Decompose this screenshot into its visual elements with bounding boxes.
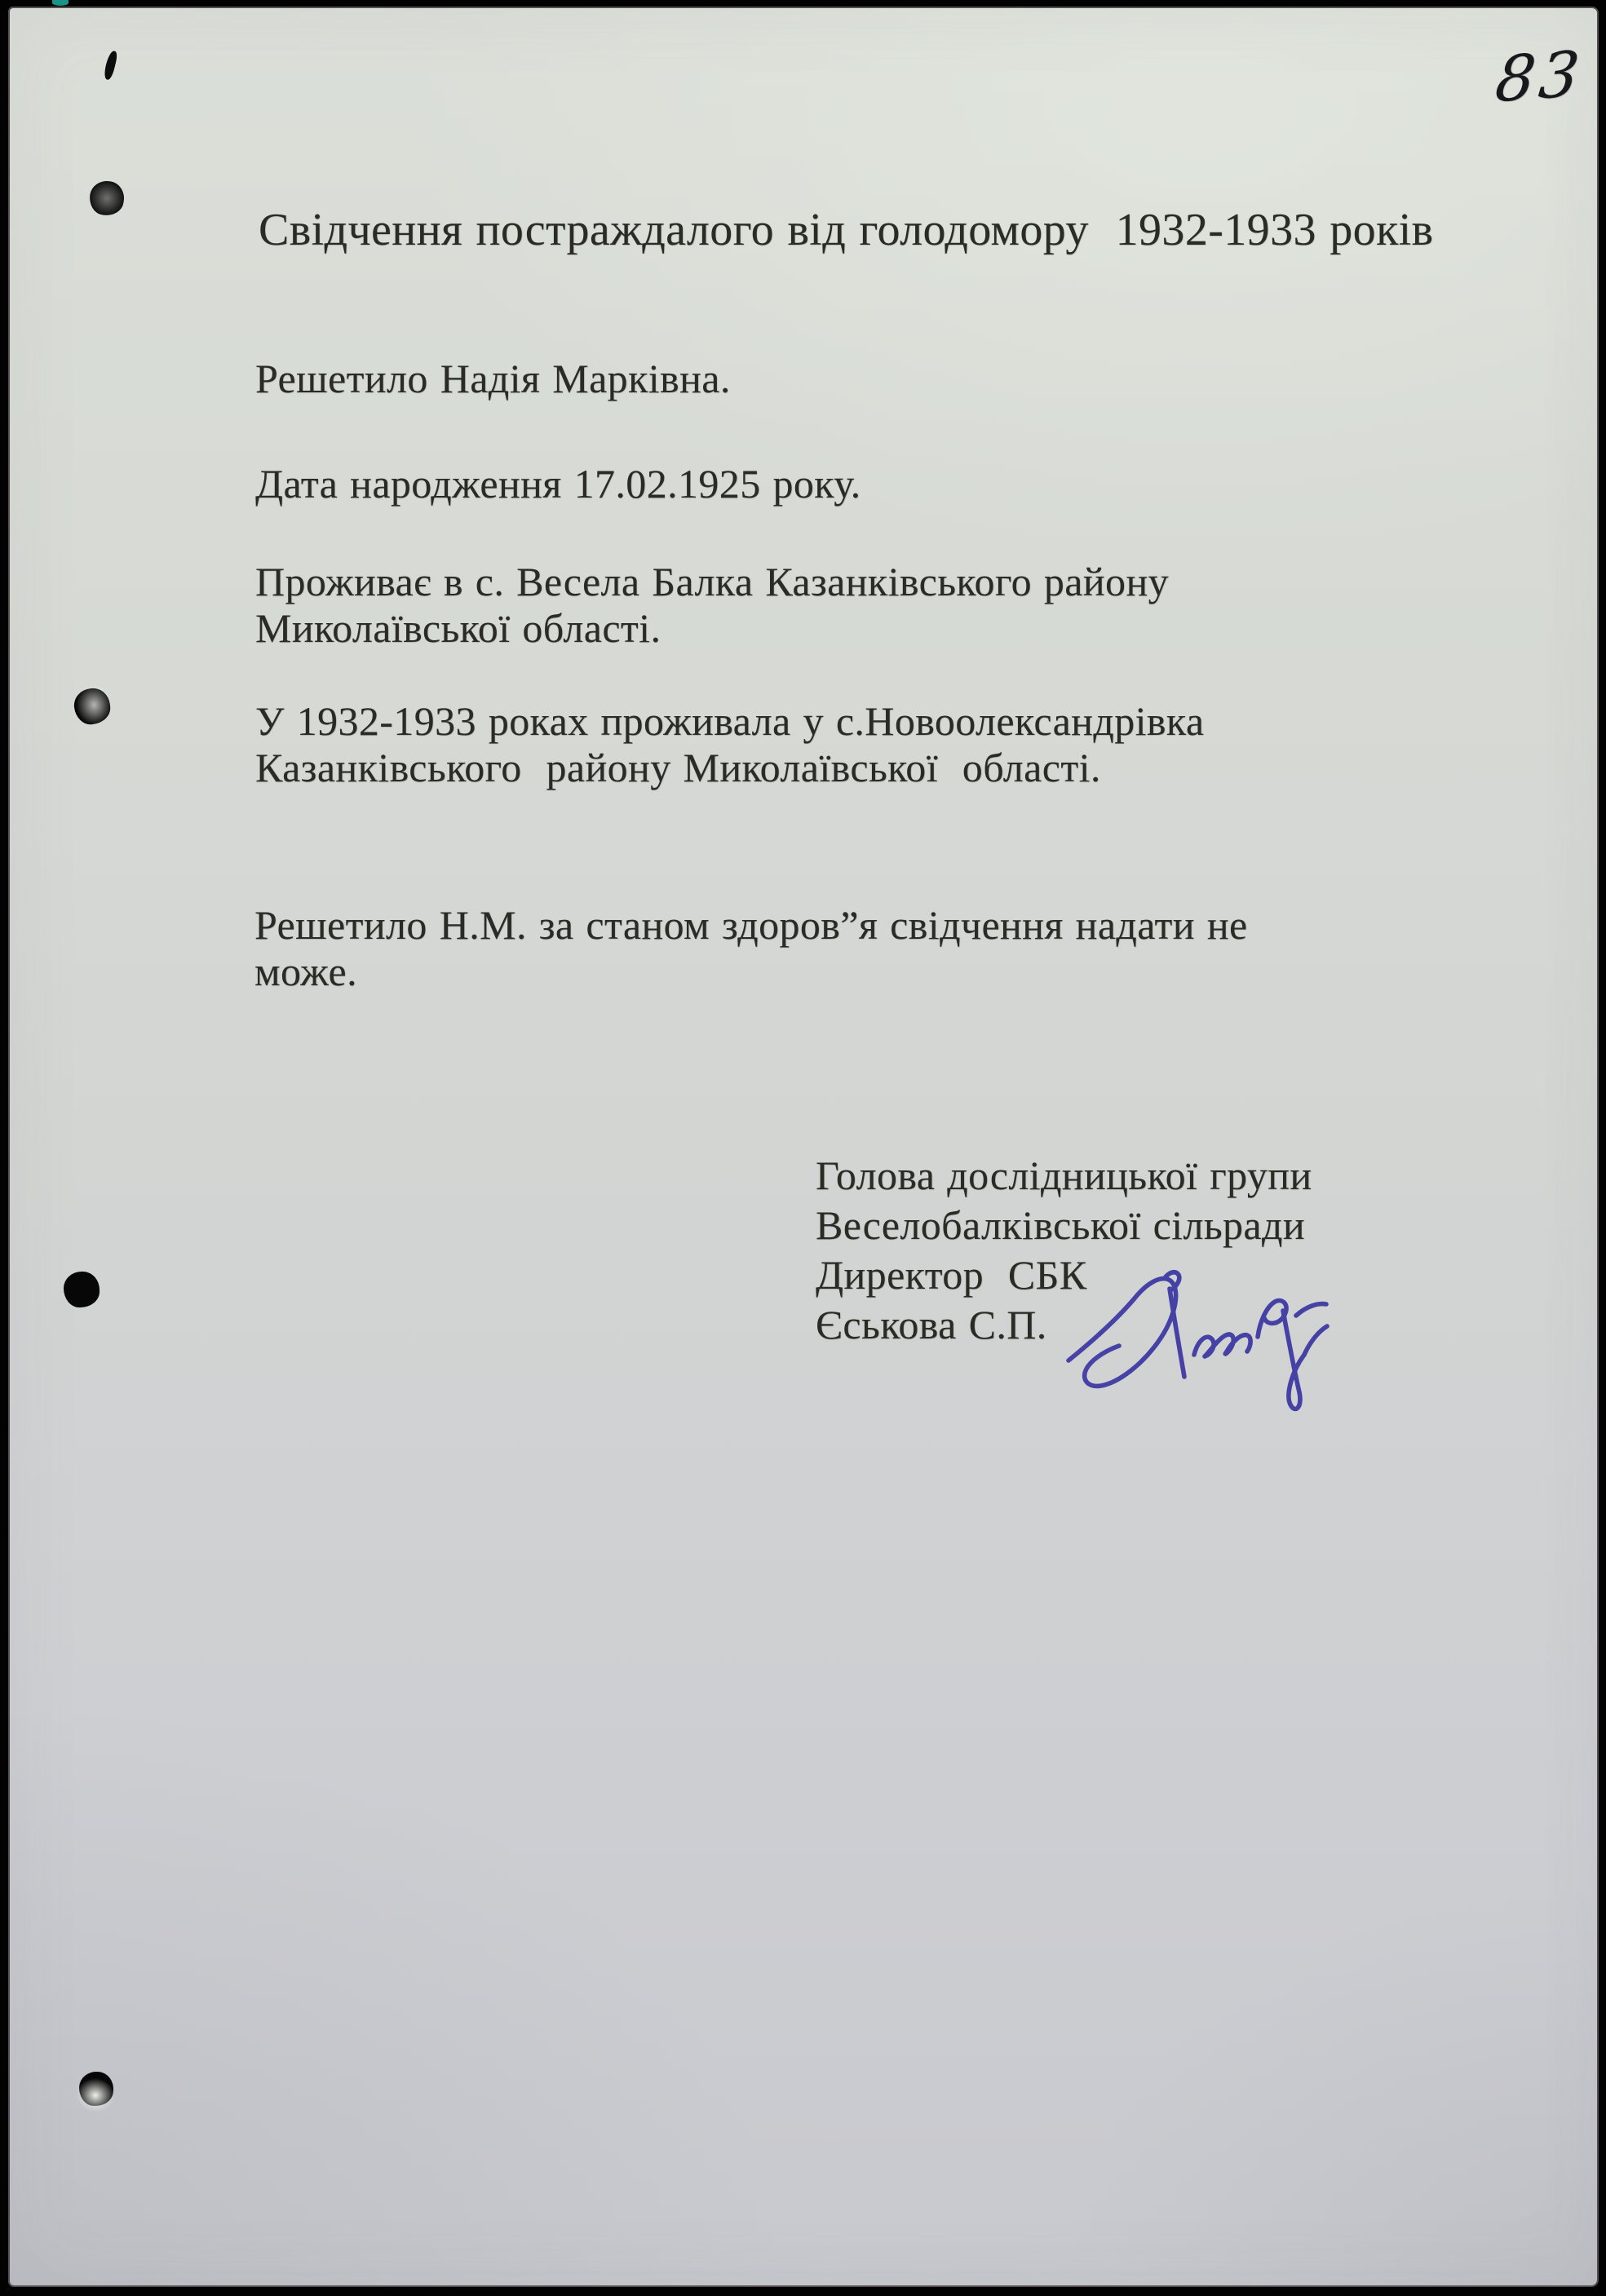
paragraph-health-statement: Решетило Н.М. за станом здоров”я свідчен… xyxy=(254,902,1248,995)
document-title: Свідчення постраждалого від голодомору 1… xyxy=(259,205,1433,255)
hole-punch xyxy=(64,1272,100,1307)
document-page: 83 Свідчення постраждалого від голодомор… xyxy=(10,8,1597,2285)
paragraph-person-name: Решетило Надія Марківна. xyxy=(255,356,731,402)
hole-punch xyxy=(78,2071,115,2108)
paragraph-birth-date: Дата народження 17.02.1925 року. xyxy=(255,461,861,507)
handwritten-signature xyxy=(1051,1250,1329,1440)
signatory-role-line: Голова дослідницької групи xyxy=(816,1151,1312,1201)
signatory-organization-line: Веселобалківської сільради xyxy=(816,1201,1312,1250)
scan-canvas: { "page": { "number": "83" }, "document"… xyxy=(0,0,1606,2296)
hole-punch xyxy=(73,687,112,726)
paper-tear-mark xyxy=(103,50,118,81)
paragraph-residence-1932-1933: У 1932-1933 роках проживала у с.Новоолек… xyxy=(255,698,1204,791)
paragraph-current-residence: Проживає в с. Весела Балка Казанківськог… xyxy=(255,559,1169,652)
page-number-handwritten: 83 xyxy=(1492,35,1606,117)
hole-punch xyxy=(87,179,126,217)
scan-edge-speck xyxy=(52,0,69,6)
